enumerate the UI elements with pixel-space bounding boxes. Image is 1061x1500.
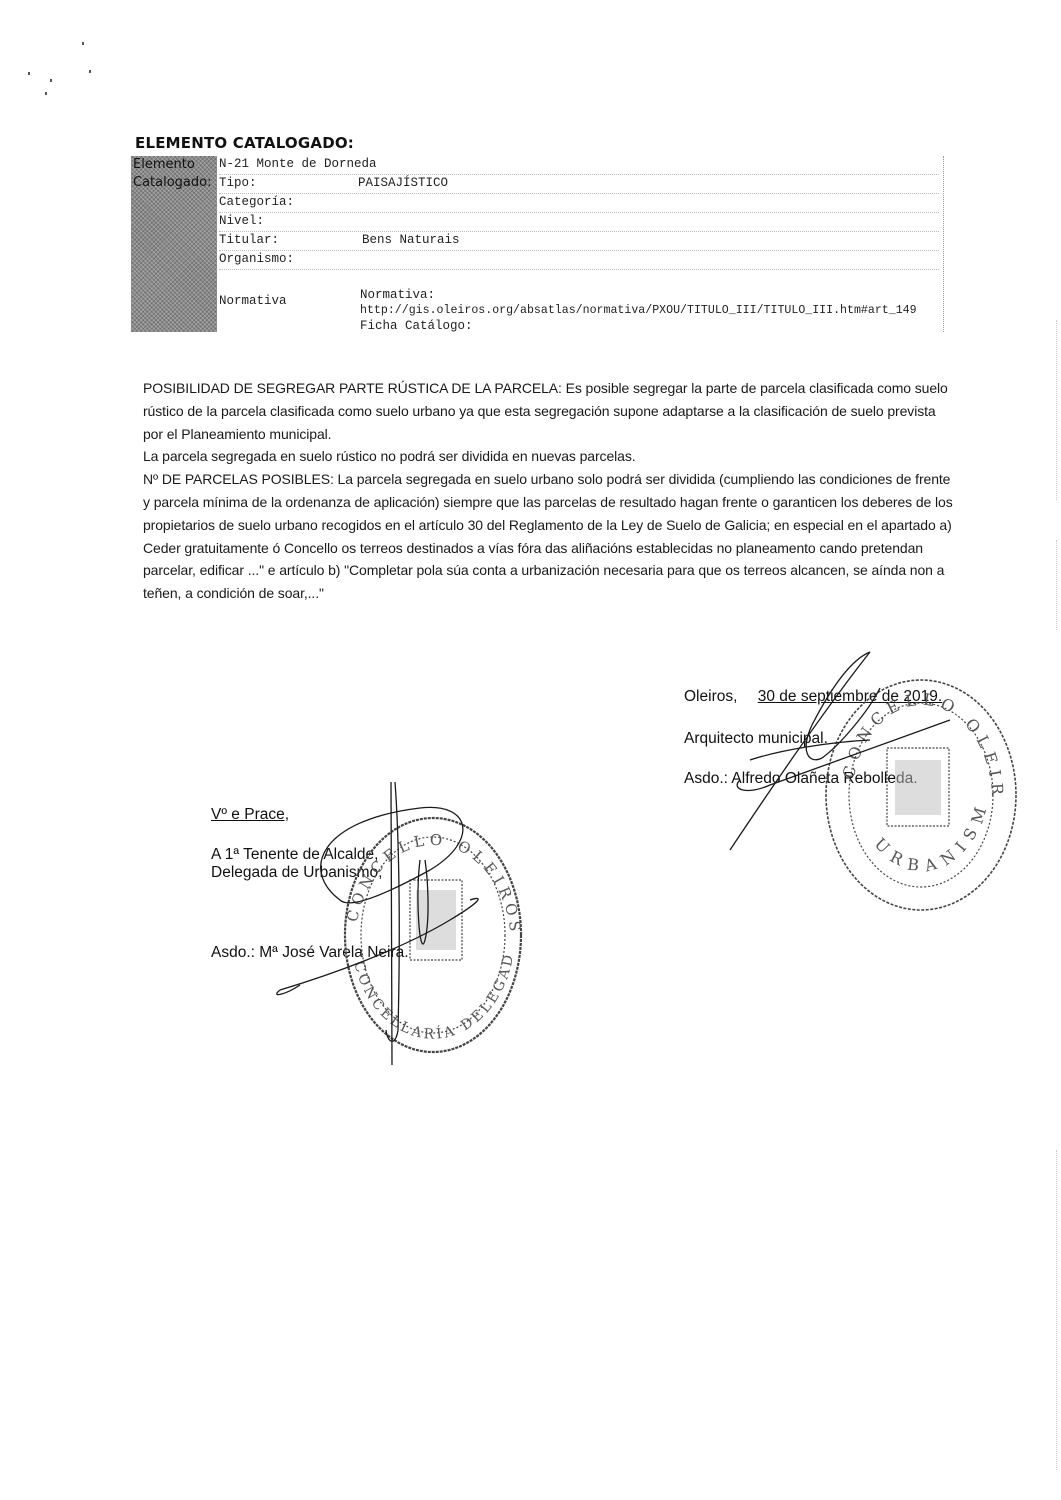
field-label-organismo: Organismo: (219, 252, 294, 266)
councillor-signed-line: Asdo.: Mª José Varela Neira. (211, 944, 409, 962)
scan-speck (89, 70, 91, 73)
row-divider (219, 269, 939, 270)
row-divider (219, 193, 939, 194)
normativa-label: Normativa (219, 294, 287, 308)
table-right-border (943, 156, 944, 332)
normativa-heading: Normativa: (360, 288, 435, 302)
signer-role: Arquitecto municipal. (684, 730, 828, 748)
row-divider (219, 174, 939, 175)
scan-speck (50, 79, 52, 82)
paragraph-segregation: POSIBILIDAD DE SEGREGAR PARTE RÚSTICA DE… (143, 377, 958, 445)
signer-name: Alfredo Olañeta Rebolleda. (731, 770, 917, 787)
field-value-titular: Bens Naturais (362, 233, 460, 247)
row-divider (219, 231, 939, 232)
signature-scribble-left (277, 782, 478, 1065)
catalog-label-line1: Elemento (133, 157, 195, 173)
scan-speck (28, 72, 30, 75)
row-divider (219, 250, 939, 251)
field-label-titular: Titular: (219, 233, 279, 247)
signature-date: 30 de septiembre de 2019. (748, 688, 944, 705)
body-text: POSIBILIDAD DE SEGREGAR PARTE RÚSTICA DE… (143, 377, 958, 605)
scan-edge-marks (1056, 1150, 1058, 1470)
signed-prefix: Asdo.: (684, 770, 728, 787)
field-label-nivel: Nivel: (219, 214, 264, 228)
councillor-role-line2: Delegada de Urbanismo, (211, 864, 382, 882)
normativa-link[interactable]: http://gis.oleiros.org/absatlas/normativ… (360, 304, 917, 317)
section-heading: ELEMENTO CATALOGADO: (135, 134, 354, 152)
paragraph-rustic-division: La parcela segregada en suelo rústico no… (143, 445, 958, 468)
catalog-label-line2: Catalogado: (133, 175, 211, 191)
field-value-tipo: PAISAJÍSTICO (358, 176, 448, 190)
scanned-document-page: ELEMENTO CATALOGADO: Elemento Catalogado… (0, 0, 1061, 1500)
scan-edge-marks (1056, 540, 1058, 630)
place-label: Oleiros, (684, 688, 737, 705)
ficha-catalogo-label: Ficha Catálogo: (360, 319, 473, 333)
row-divider (219, 212, 939, 213)
catalog-shaded-cell: Elemento Catalogado: (131, 156, 217, 332)
element-id-name: N-21 Monte de Dorneda (219, 157, 377, 171)
scan-speck (82, 42, 84, 45)
scan-edge-marks (1056, 320, 1058, 500)
field-label-categoria: Categoría: (219, 195, 294, 209)
paragraph-parcel-count: Nº DE PARCELAS POSIBLES: La parcela segr… (143, 468, 958, 605)
catalog-table: Elemento Catalogado: N-21 Monte de Dorne… (131, 156, 947, 332)
signature-scribble-right (730, 652, 950, 850)
field-label-tipo: Tipo: (219, 176, 257, 190)
approval-label: Vº e Prace, (211, 806, 289, 824)
councillor-role-line1: A 1ª Tenente de Alcalde, (211, 846, 378, 864)
scan-speck (45, 92, 47, 95)
